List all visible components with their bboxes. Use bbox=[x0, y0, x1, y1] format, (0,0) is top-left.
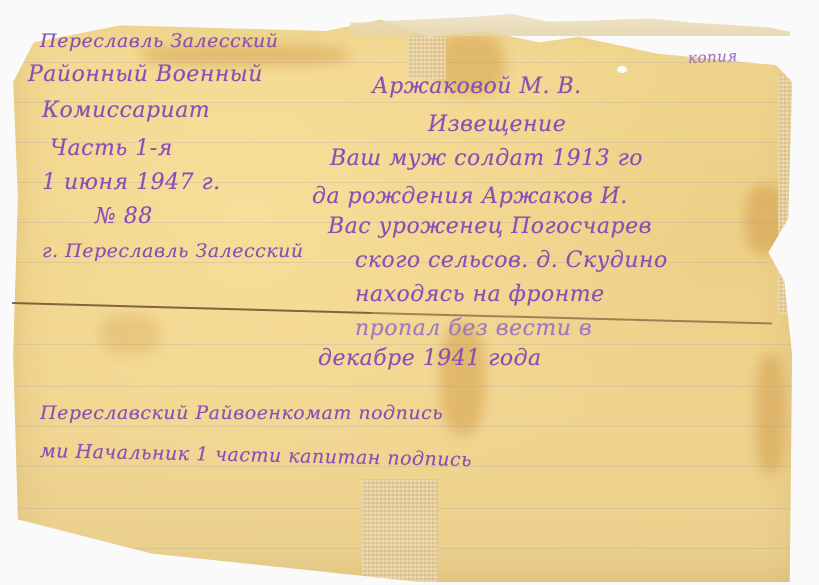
sender-office-line2: Комиссариат bbox=[42, 98, 210, 123]
tape-strip bbox=[408, 34, 446, 79]
paper-hole bbox=[617, 66, 627, 73]
body-line-4: ского сельсов. д. Скудино bbox=[355, 248, 668, 273]
sender-city: Переславль Залесский bbox=[40, 30, 278, 52]
body-line-6: пропал без вести в bbox=[355, 316, 592, 341]
document-number: № 88 bbox=[95, 204, 153, 229]
tape-strip bbox=[778, 74, 800, 314]
scan-background: Переславль Залесский Районный Военный Ко… bbox=[0, 0, 819, 585]
copy-mark: копия bbox=[688, 47, 739, 68]
tape-strip bbox=[362, 479, 438, 582]
body-line-2: да рождения Аржаков И. bbox=[312, 184, 628, 209]
body-line-5: находясь на фронте bbox=[355, 282, 605, 307]
body-line-3: Вас уроженец Погосчарев bbox=[328, 214, 652, 239]
stain bbox=[755, 354, 785, 474]
body-line-1: Ваш муж солдат 1913 го bbox=[330, 146, 643, 171]
notice-heading: Извещение bbox=[428, 112, 566, 137]
footer-line-1: Переславский Райвоенкомат подпись bbox=[40, 402, 443, 424]
addressee: Аржаковой М. В. bbox=[372, 74, 582, 99]
document-date: 1 июня 1947 г. bbox=[42, 170, 221, 195]
sender-address: г. Переславль Залесский bbox=[42, 240, 304, 262]
ruled-line bbox=[10, 426, 800, 427]
sender-department: Часть 1-я bbox=[50, 136, 173, 161]
stain bbox=[100, 314, 160, 354]
torn-edge bbox=[350, 14, 790, 36]
sender-office-line1: Районный Военный bbox=[28, 62, 263, 87]
ruled-line bbox=[10, 386, 800, 387]
body-line-7: декабре 1941 года bbox=[318, 346, 542, 371]
